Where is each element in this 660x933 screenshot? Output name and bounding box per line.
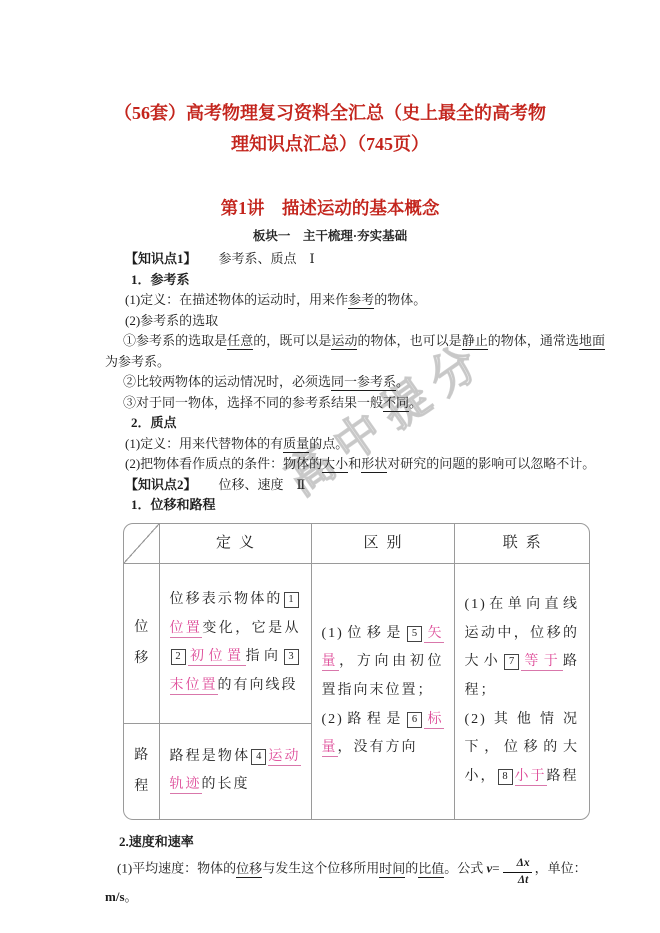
paragraph-mass-point-definition: (1)定义：用来代替物体的有质量的点。 (105, 434, 605, 455)
knowledge-point-1-label: 【知识点1】 (125, 251, 197, 266)
table-rowhead-displacement: 位移 (124, 563, 159, 723)
table-cell-relation: (1)在单向直线运动中，位移的大小7等于路程； (2)其他情况下，位移的大小，8… (454, 563, 589, 819)
document-page: （56套）高考物理复习资料全汇总（史上最全的高考物 理知识点汇总）（745页） … (0, 0, 660, 907)
table-header-relation: 联系 (454, 524, 589, 564)
difference-item-1: (1)位移是5矢量，方向由初位置指向末位置； (322, 620, 444, 706)
subheading-speed: 2.速度和速率 (119, 832, 605, 853)
knowledge-point-1-heading: 【知识点1】参考系、质点 Ⅰ (105, 249, 605, 270)
subheading-mass-point: 2．质点 (105, 413, 605, 434)
paragraph-average-velocity: (1)平均速度：物体的位移与发生这个位移所用时间的比值。公式 v=ΔxΔt，单位… (105, 857, 605, 907)
table-corner-diagonal-cell (124, 524, 159, 564)
speed-section: 2.速度和速率 (1)平均速度：物体的位移与发生这个位移所用时间的比值。公式 v… (105, 832, 605, 907)
knowledge-point-1-title: 参考系、质点 Ⅰ (219, 251, 315, 266)
module-subtitle: 板块一 主干梳理·夯实基础 (0, 226, 660, 244)
table-header-difference: 区别 (311, 524, 454, 564)
subheading-displacement-distance: 1．位移和路程 (105, 495, 605, 516)
paragraph-mass-point-condition: (2)把物体看作质点的条件：物体的大小和形状对研究的问题的影响可以忽略不计。 (105, 454, 605, 475)
table-cell-displacement-definition: 位移表示物体的1位置变化，它是从2初位置指向3末位置的有向线段 (159, 563, 311, 723)
table-row-displacement: 位移 位移表示物体的1位置变化，它是从2初位置指向3末位置的有向线段 (1)位移… (124, 563, 589, 723)
document-title-line2: 理知识点汇总）（745页） (60, 129, 600, 160)
document-title: （56套）高考物理复习资料全汇总（史上最全的高考物 理知识点汇总）（745页） (0, 0, 660, 161)
knowledge-point-2-title: 位移、速度 Ⅱ (219, 477, 306, 492)
paragraph-ref-frame-definition: (1)定义：在描述物体的运动时，用来作参考的物体。 (105, 290, 605, 311)
document-title-line1: （56套）高考物理复习资料全汇总（史上最全的高考物 (60, 98, 600, 129)
table-header-row: 定义 区别 联系 (124, 524, 589, 564)
knowledge-point-2-label: 【知识点2】 (125, 477, 197, 492)
content-body: 【知识点1】参考系、质点 Ⅰ 1．参考系 (1)定义：在描述物体的运动时，用来作… (105, 249, 605, 820)
table-cell-distance-definition: 路程是物体4运动轨迹的长度 (159, 723, 311, 819)
lecture-heading: 第1讲 描述运动的基本概念 (0, 197, 660, 220)
knowledge-point-2-heading: 【知识点2】位移、速度 Ⅱ (105, 475, 605, 496)
subheading-displacement-distance-text: 1．位移和路程 (131, 497, 216, 512)
table-cell-difference: (1)位移是5矢量，方向由初位置指向末位置； (2)路程是6标量，没有方向 (311, 563, 454, 819)
relation-item-2: (2)其他情况下，位移的大小，8小于路程 (465, 706, 580, 792)
paragraph-ref-frame-point1: ①参考系的选取是任意的，既可以是运动的物体，也可以是静止的物体，通常选地面为参考… (105, 331, 605, 372)
comparison-table: 定义 区别 联系 位移 位移表示物体的1位置变化，它是从2初位置指向3末位置的有… (123, 523, 590, 820)
difference-item-2: (2)路程是6标量，没有方向 (322, 706, 444, 763)
relation-item-1: (1)在单向直线运动中，位移的大小7等于路程； (465, 591, 580, 706)
paragraph-ref-frame-selection: (2)参考系的选取 (105, 311, 605, 332)
table-rowhead-distance: 路程 (124, 723, 159, 819)
table-header-definition: 定义 (159, 524, 311, 564)
paragraph-ref-frame-point2: ②比较两物体的运动情况时，必须选同一参考系。 (105, 372, 605, 393)
paragraph-ref-frame-point3: ③对于同一物体，选择不同的参考系结果一般不同。 (105, 393, 605, 414)
subheading-reference-frame: 1．参考系 (105, 270, 605, 291)
